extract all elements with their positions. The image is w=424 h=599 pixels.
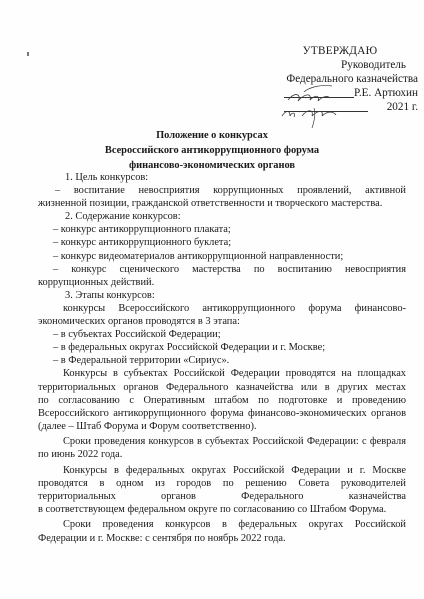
paragraph-line: в соответствующем федеральном округе по … (38, 503, 406, 516)
document-title: Положение о конкурсах Всероссийского ант… (0, 128, 424, 173)
title-line-2: Всероссийского антикоррупционного форума (0, 143, 424, 158)
paragraph-districts: Конкурсы в федеральных округах Российско… (38, 464, 406, 516)
paragraph-subjects: Конкурсы в субъектах Российской Федераци… (38, 367, 406, 432)
paragraph-line: Конкурсы в федеральных округах Российско… (38, 464, 406, 477)
section-1-text-a: – воспитание невосприятия коррупционных … (38, 184, 406, 197)
scan-mark (27, 52, 29, 56)
stage-item: – в Федеральной территории «Сириус». (48, 354, 406, 367)
document-body: 1. Цель конкурсов: – воспитание невоспри… (48, 171, 406, 545)
paragraph-line: Всероссийского антикоррупционного форума… (38, 407, 406, 420)
section-3-heading: 3. Этапы конкурсов: (48, 289, 406, 302)
section-2-heading: 2. Содержание конкурсов: (48, 210, 406, 223)
content-item: – конкурс антикоррупционного плаката; (48, 223, 406, 236)
title-line-1: Положение о конкурсах (0, 128, 424, 143)
paragraph-line: Сроки проведения конкурсов в федеральных… (38, 518, 406, 531)
paragraph-line: Федерации и г. Москве: с сентября по ноя… (38, 532, 406, 545)
document-page: УТВЕРЖДАЮ Руководитель Федерального казн… (0, 0, 424, 599)
date-year: 2021 г. (387, 101, 418, 113)
paragraph-line: Сроки проведения конкурсов в субъектах Р… (38, 435, 406, 448)
paragraph-line: (далее – Штаб Форума и Форум соответстве… (38, 420, 406, 433)
stage-item: – в федеральных округах Российской Федер… (48, 341, 406, 354)
content-item: – конкурс сценического мастерства по вос… (48, 263, 406, 276)
handwritten-signature-icon (268, 68, 388, 128)
paragraph-districts-dates: Сроки проведения конкурсов в федеральных… (38, 518, 406, 544)
approve-word: УТВЕРЖДАЮ (270, 44, 410, 58)
paragraph-line: территориальных органов Федерального каз… (38, 490, 406, 503)
section-1-text-b: жизненной позиции, гражданской ответстве… (38, 197, 406, 210)
paragraph-line: проводятся в одном из городов по решению… (38, 477, 406, 490)
section-3-intro-a: конкурсы Всероссийского антикоррупционно… (38, 302, 406, 315)
paragraph-line: по июнь 2022 года. (38, 448, 406, 461)
content-item: – конкурс видеоматериалов антикоррупцион… (48, 250, 406, 263)
paragraph-line: по согласованию с Оперативным штабом по … (38, 394, 406, 407)
content-item: – конкурс антикоррупционного буклета; (48, 236, 406, 249)
section-3-intro-b: экономических органов проводятся в 3 эта… (38, 315, 406, 328)
stage-item: – в субъектах Российской Федерации; (48, 328, 406, 341)
paragraph-line: Конкурсы в субъектах Российской Федераци… (38, 367, 406, 380)
paragraph-subjects-dates: Сроки проведения конкурсов в субъектах Р… (38, 435, 406, 461)
section-1-heading: 1. Цель конкурсов: (48, 171, 406, 184)
content-item-continued: коррупционных действий. (38, 276, 406, 289)
paragraph-line: территориальных органов Федерального каз… (38, 381, 406, 394)
